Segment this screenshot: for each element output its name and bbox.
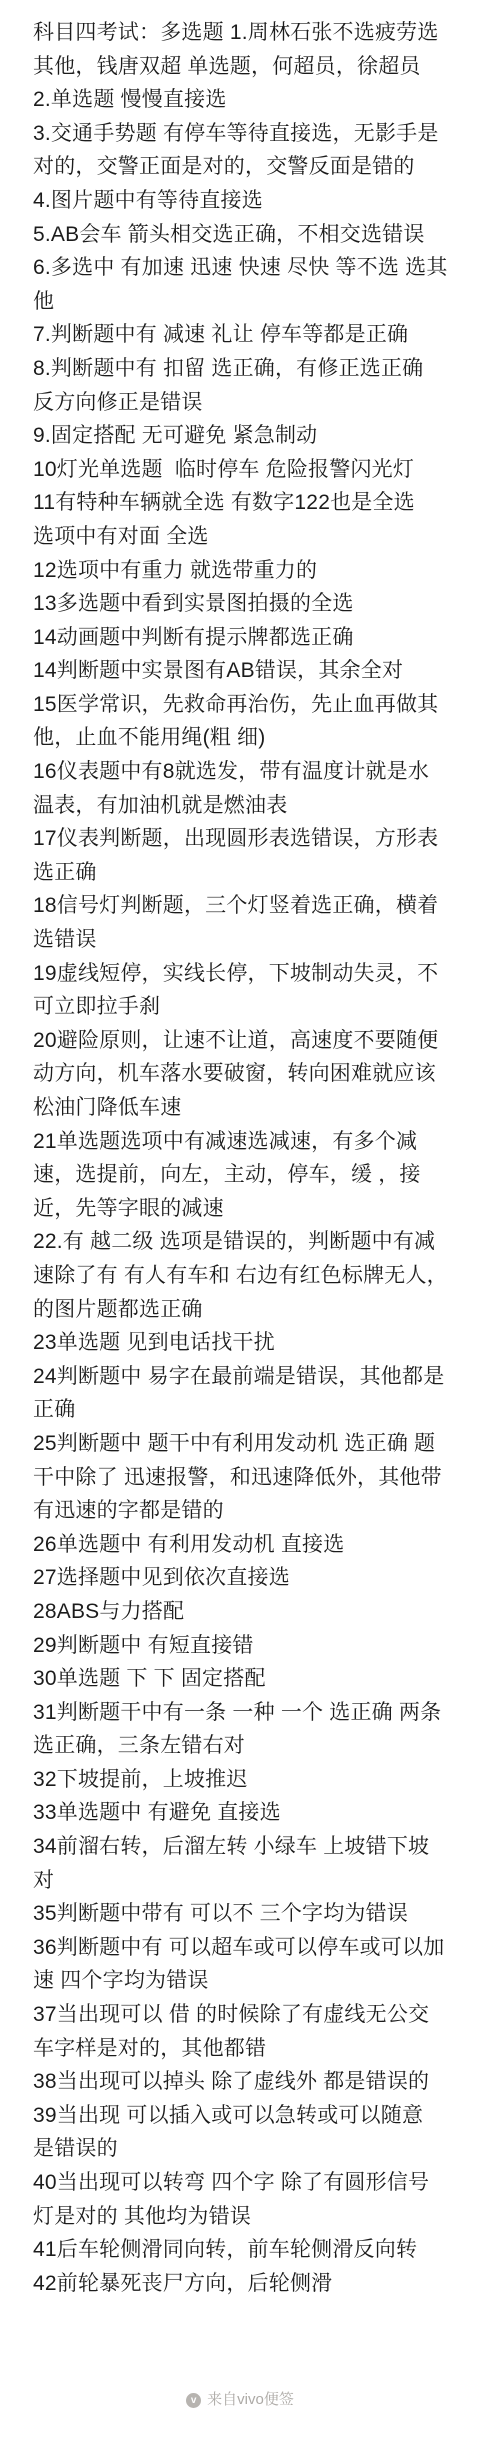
note-paragraph: 18信号灯判断题，三个灯竖着选正确，横着选错误 bbox=[33, 889, 450, 956]
note-paragraph: 8.判断题中有 扣留 选正确，有修正选正确 反方向修正是错误 bbox=[33, 352, 450, 419]
note-paragraph: 42前轮暴死丧尸方向，后轮侧滑 bbox=[33, 2267, 450, 2301]
note-paragraph: 13多选题中看到实景图拍摄的全选 bbox=[33, 587, 450, 621]
note-paragraph: 4.图片题中有等待直接选 bbox=[33, 184, 450, 218]
note-paragraph: 16仪表题中有8就选发，带有温度计就是水温表，有加油机就是燃油表 bbox=[33, 755, 450, 822]
note-paragraph: 5.AB会车 箭头相交选正确，不相交选错误 bbox=[33, 218, 450, 252]
note-paragraph: 19虚线短停，实线长停，下坡制动失灵，不可立即拉手刹 bbox=[33, 957, 450, 1024]
note-paragraph: 33单选题中 有避免 直接选 bbox=[33, 1796, 450, 1830]
note-paragraph: 14判断题中实景图有AB错误，其余全对 bbox=[33, 654, 450, 688]
note-paragraph: 15医学常识，先救命再治伤，先止血再做其他，止血不能用绳(粗 细) bbox=[33, 688, 450, 755]
note-paragraph: 28ABS与力搭配 bbox=[33, 1595, 450, 1629]
note-paragraph: 23单选题 见到电话找干扰 bbox=[33, 1326, 450, 1360]
note-paragraph: 12选项中有重力 就选带重力的 bbox=[33, 554, 450, 588]
note-paragraph: 17仪表判断题，出现圆形表选错误，方形表选正确 bbox=[33, 822, 450, 889]
note-paragraph: 36判断题中有 可以超车或可以停车或可以加速 四个字均为错误 bbox=[33, 1931, 450, 1998]
note-paragraph: 37当出现可以 借 的时候除了有虚线无公交车字样是对的，其他都错 bbox=[33, 1998, 450, 2065]
note-paragraph: 32下坡提前，上坡推迟 bbox=[33, 1763, 450, 1797]
note-paragraph: 27选择题中见到依次直接选 bbox=[33, 1561, 450, 1595]
note-paragraph: 35判断题中带有 可以不 三个字均为错误 bbox=[33, 1897, 450, 1931]
note-paragraph: 21单选题选项中有减速选减速，有多个减速，选提前，向左，主动，停车，缓 ，接近，… bbox=[33, 1125, 450, 1226]
vivo-logo-icon: v bbox=[186, 2393, 201, 2408]
note-paragraph: 31判断题干中有一条 一种 一个 选正确 两条选正确，三条左错右对 bbox=[33, 1696, 450, 1763]
note-paragraph: 6.多选中 有加速 迅速 快速 尽快 等不选 选其他 bbox=[33, 251, 450, 318]
note-paragraph: 10灯光单选题 临时停车 危险报警闪光灯 bbox=[33, 453, 450, 487]
note-paragraph: 22.有 越二级 选项是错误的，判断题中有减速除了有 有人有车和 右边有红色标牌… bbox=[33, 1225, 450, 1326]
note-paragraph: 20避险原则，让速不让道，高速度不要随便动方向，机车落水要破窗，转向困难就应该松… bbox=[33, 1024, 450, 1125]
note-paragraph: 38当出现可以掉头 除了虚线外 都是错误的 bbox=[33, 2065, 450, 2099]
note-paragraph: 39当出现 可以插入或可以急转或可以随意 是错误的 bbox=[33, 2099, 450, 2166]
note-paragraph: 14动画题中判断有提示牌都选正确 bbox=[33, 621, 450, 655]
note-paragraph: 3.交通手势题 有停车等待直接选，无影手是对的，交警正面是对的，交警反面是错的 bbox=[33, 117, 450, 184]
note-paragraph: 2.单选题 慢慢直接选 bbox=[33, 83, 450, 117]
note-source-badge: v 来自vivo便签 bbox=[0, 2391, 480, 2409]
note-paragraph: 41后车轮侧滑同向转，前车轮侧滑反向转 bbox=[33, 2233, 450, 2267]
note-content: 科目四考试：多选题 1.周林石张不选疲劳选其他，钱唐双超 单选题，何超员，徐超员… bbox=[0, 0, 480, 2300]
note-paragraph: 11有特种车辆就全选 有数字122也是全选 选项中有对面 全选 bbox=[33, 486, 450, 553]
note-paragraph: 7.判断题中有 减速 礼让 停车等都是正确 bbox=[33, 318, 450, 352]
note-paragraph: 9.固定搭配 无可避免 紧急制动 bbox=[33, 419, 450, 453]
note-paragraph: 25判断题中 题干中有利用发动机 选正确 题干中除了 迅速报警，和迅速降低外，其… bbox=[33, 1427, 450, 1528]
note-paragraph: 40当出现可以转弯 四个字 除了有圆形信号灯是对的 其他均为错误 bbox=[33, 2166, 450, 2233]
note-paragraph: 29判断题中 有短直接错 bbox=[33, 1629, 450, 1663]
note-paragraph: 26单选题中 有利用发动机 直接选 bbox=[33, 1528, 450, 1562]
note-paragraph: 24判断题中 易字在最前端是错误，其他都是正确 bbox=[33, 1360, 450, 1427]
note-paragraph: 34前溜右转，后溜左转 小绿车 上坡错下坡对 bbox=[33, 1830, 450, 1897]
note-paragraph: 30单选题 下 下 固定搭配 bbox=[33, 1662, 450, 1696]
note-source-label: 来自vivo便签 bbox=[207, 2391, 294, 2409]
note-paragraph: 科目四考试：多选题 1.周林石张不选疲劳选其他，钱唐双超 单选题，何超员，徐超员 bbox=[33, 16, 450, 83]
